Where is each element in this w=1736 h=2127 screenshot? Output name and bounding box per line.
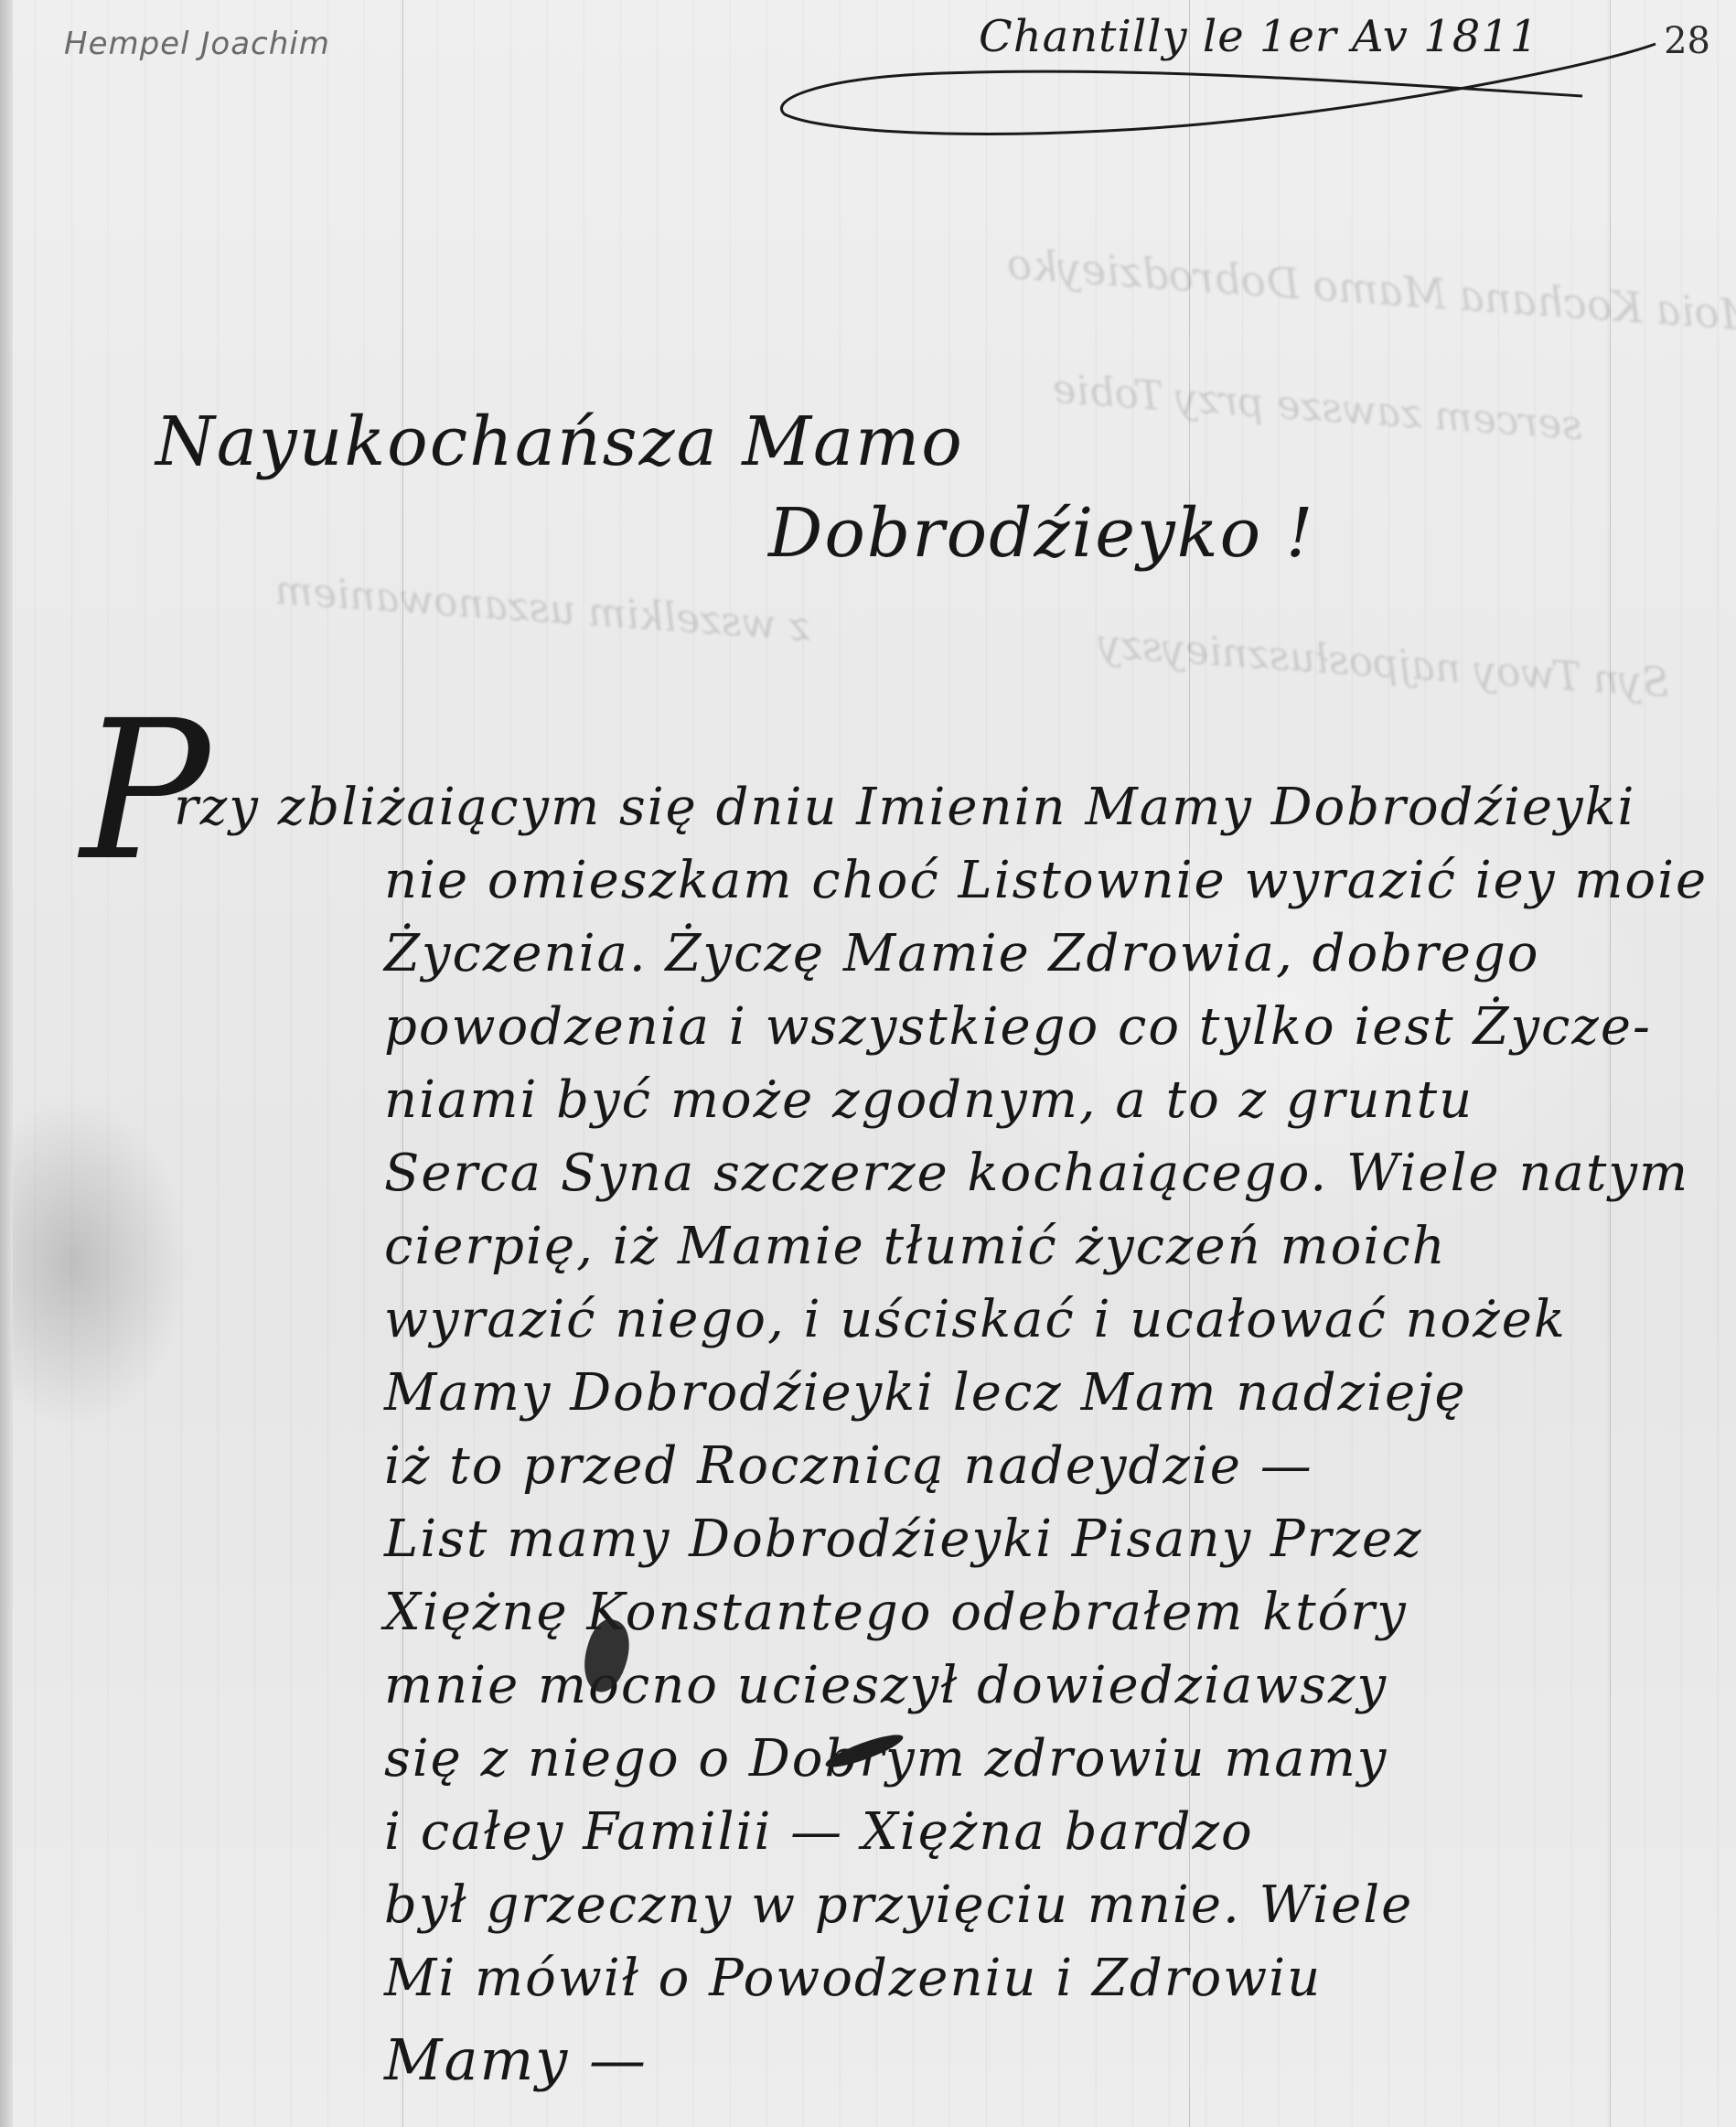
- letter-line: nie omieszkam choć Listownie wyrazić iey…: [384, 851, 1708, 910]
- letter-line: niami być może zgodnym, a to z gruntu: [384, 1070, 1473, 1130]
- letter-line: rzy zbliżaiącym się dniu Imienin Mamy Do…: [174, 778, 1635, 837]
- paper-edge: [0, 0, 13, 2127]
- letter-line: Mi mówił o Powodzeniu i Zdrowiu: [384, 1949, 1322, 2008]
- letter-line: Życzenia. Życzę Mamie Zdrowia, dobrego: [384, 924, 1540, 983]
- salutation-line-2: Dobrodźieyko !: [768, 494, 1314, 573]
- letter-line: Serca Syna szczerze kochaiącego. Wiele n…: [384, 1144, 1689, 1203]
- archive-pencil-note: Hempel Joachim: [64, 26, 330, 62]
- letter-page: Moia Kochana Mamo Dobrodzieyko sercem za…: [0, 0, 1736, 2127]
- letter-line: Mamy Dobrodźieyki lecz Mam nadzieję: [384, 1363, 1467, 1423]
- letter-line: cierpię, iż Mamie tłumić życzeń moich: [384, 1217, 1447, 1276]
- folio-number: 28: [1664, 20, 1710, 62]
- letter-line: iż to przed Rocznicą nadeydzie —: [384, 1436, 1313, 1496]
- letter-line: powodzenia i wszystkiego co tylko iest Ż…: [384, 997, 1652, 1057]
- letter-line: i całey Familii — Xiężna bardzo: [384, 1802, 1254, 1862]
- letter-line: List mamy Dobrodźieyki Pisany Przez: [384, 1509, 1423, 1569]
- show-through-text: sercem zawsze przy Tobie: [1051, 366, 1584, 449]
- closing-line: Mamy —: [384, 2026, 648, 2093]
- letter-line: wyrazić niego, i uściskać i ucałować noż…: [384, 1290, 1567, 1349]
- show-through-text: z wszelkim uszanowaniem: [273, 567, 812, 651]
- dateline: Chantilly le 1er Av 1811: [979, 11, 1538, 62]
- letter-line: mnie mocno ucieszył dowiedziawszy: [384, 1656, 1388, 1715]
- letter-line: był grzeczny w przyięciu mnie. Wiele: [384, 1875, 1413, 1935]
- letter-line: Xiężnę Konstantego odebrałem który: [384, 1583, 1408, 1642]
- show-through-text: Moia Kochana Mamo Dobrodzieyko: [1005, 239, 1736, 341]
- show-through-text: Syn Twoy najposłusznieyszy: [1097, 620, 1671, 707]
- salutation-line-1: Nayukochańsza Mamo: [155, 403, 964, 481]
- paper-fold-line: [1610, 0, 1611, 2127]
